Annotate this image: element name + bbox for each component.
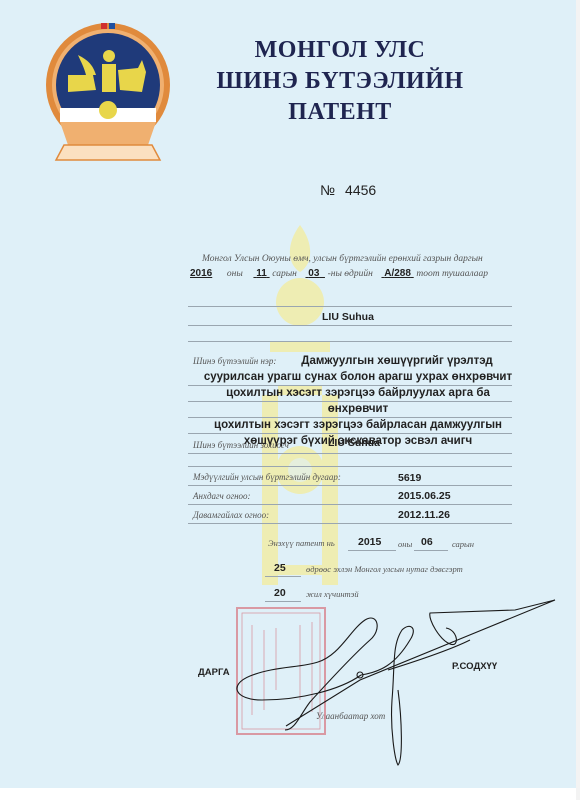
rule [414, 550, 448, 551]
validity-day: 25 [274, 562, 286, 574]
patent-owner: LIU Suhua [322, 311, 374, 323]
rule [188, 417, 512, 418]
rule [188, 325, 512, 326]
issue-city: Улаанбаатар хот [316, 711, 385, 721]
order-line: 2016 оны 11 сарын 03 -ны өдрийн A/288 то… [190, 268, 488, 279]
page-edge [576, 0, 580, 800]
priority-date-value: 2012.11.26 [398, 509, 450, 521]
title-line-3: ПАТЕНТ [180, 97, 500, 128]
filing-date-value: 2015.06.25 [398, 490, 451, 502]
signatory-name: Р.СОДХҮҮ [452, 661, 497, 672]
rule [188, 306, 512, 307]
validity-month-suffix: сарын [452, 539, 474, 549]
intro-line: Монгол Улсын Оюуны өмч, улсын бүртгэлийн… [202, 254, 483, 264]
rule [348, 550, 396, 551]
order-month-suffix: сарын [272, 269, 297, 279]
order-day: 03 [308, 268, 319, 279]
rule [188, 523, 512, 524]
rule [188, 433, 512, 434]
application-number-value: 5619 [398, 472, 421, 484]
document-title: МОНГОЛ УЛС ШИНЭ БҮТЭЭЛИЙН ПАТЕНТ [180, 35, 500, 128]
state-emblem-icon [38, 20, 178, 170]
rule [188, 401, 512, 402]
validity-prefix: Энэхүү патент нь [268, 538, 335, 548]
author-label: Шинэ бүтээлийн зохиогч [193, 440, 289, 450]
rule [265, 601, 301, 602]
priority-date-label: Давамгайлах огноо: [193, 510, 269, 520]
rule [188, 466, 512, 467]
filing-date-label: Анхдагч огноо: [193, 491, 251, 501]
application-number-label: Мэдүүлгийн улсын бүртгэлийн дугаар: [193, 472, 341, 482]
validity-year-suffix: оны [398, 539, 412, 549]
author-value: LIU Suhua [328, 437, 380, 449]
patent-certificate-page: МОНГОЛ УЛС ШИНЭ БҮТЭЭЛИЙН ПАТЕНТ №4456 М… [0, 0, 576, 788]
number-sign: № [320, 182, 335, 198]
signatory-title: ДАРГА [198, 667, 230, 678]
rule [265, 576, 301, 577]
order-month: 11 [256, 268, 267, 279]
validity-years-suffix: жил хүчинтэй [306, 589, 359, 599]
order-year-suffix: оны [227, 269, 243, 279]
rule [188, 453, 512, 454]
validity-day-suffix: өдрөөс эхлэн Монгол улсын нутаг дэвсгэрт [306, 564, 463, 574]
invention-name-line: суурилсан урагш сунах болон арагш ухрах … [198, 369, 518, 385]
invention-name-line: цохилтын хэсэгт зэрэгцээ байрласан дамжу… [198, 417, 518, 433]
validity-year: 2015 [358, 536, 381, 548]
validity-month: 06 [421, 536, 433, 548]
validity-years: 20 [274, 587, 286, 599]
rule [188, 341, 512, 342]
rule [188, 485, 512, 486]
order-day-suffix: -ны өдрийн [328, 269, 373, 279]
order-year: 2016 [190, 268, 212, 279]
order-suffix: тоот тушаалаар [416, 269, 488, 279]
rule [188, 385, 512, 386]
title-line-1: МОНГОЛ УЛС [180, 35, 500, 66]
invention-name-line: Дамжуулгын хөшүүргийг үрэлтэд [198, 353, 518, 369]
rule [188, 504, 512, 505]
order-number: A/288 [384, 268, 411, 279]
title-line-2: ШИНЭ БҮТЭЭЛИЙН [180, 66, 500, 97]
patent-number-value: 4456 [345, 182, 376, 198]
patent-number: №4456 [320, 182, 376, 198]
